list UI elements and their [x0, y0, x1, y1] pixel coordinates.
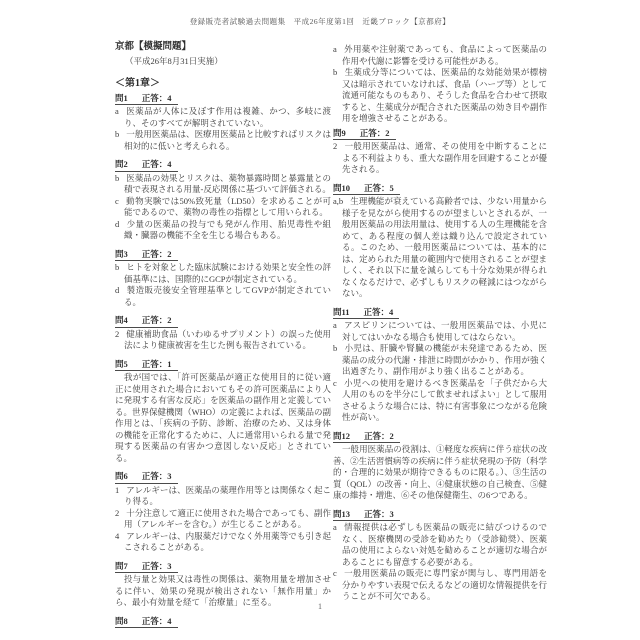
answer-item: b小児は、肝臓や腎臓の機能が未発達であるため、医薬品の成分の代謝・排泄に時間がか…: [333, 343, 547, 378]
right-column: a外用薬や注射薬であっても、食品によって医薬品の作用や代謝に影響を受ける可能性が…: [333, 44, 547, 603]
item-text: アスピリンについては、一般用医薬品では、小児に対してはいかなる場合も使用してはな…: [342, 320, 547, 342]
question-number: 問11: [333, 307, 350, 317]
item-marker: c: [333, 378, 337, 388]
item-marker: b: [333, 67, 337, 77]
region-title: 京都【模擬問題】: [115, 42, 331, 54]
item-marker: 2: [115, 329, 119, 339]
question-header: 問5正答：1: [115, 359, 178, 372]
exam-date: （平成26年8月31日実施）: [115, 56, 331, 68]
question-answer: 正答：4: [142, 93, 172, 103]
item-text: 情報提供は必ずしも医薬品の販売に結びつけるのでなく、医療機関の受診を勧めたり（受…: [342, 522, 547, 567]
question-answer: 正答：2: [142, 249, 172, 259]
item-text: 小児は、肝臓や腎臓の機能が未発達であるため、医薬品の成分の代謝・排泄に時間がかか…: [342, 343, 547, 376]
answer-item: d少量の医薬品の投与でも発がん作用、胎児毒性や組織・臓器の機能不全を生じる場合も…: [115, 219, 331, 242]
question-answer: 正答：1: [142, 359, 172, 369]
answer-item: a情報提供は必ずしも医薬品の販売に結びつけるのでなく、医療機関の受診を勧めたり（…: [333, 522, 547, 568]
question-answer: 正答：4: [142, 616, 172, 626]
item-marker: a: [333, 320, 337, 330]
item-text: 生理機能が衰えている高齢者では、少ない用量から様子を見ながら使用するのが望ましい…: [342, 196, 547, 298]
question-header: 問12正答：2: [333, 431, 400, 444]
left-column: 京都【模擬問題】 （平成26年8月31日実施） ＜第1章＞ 問1正答：4a医薬品…: [115, 42, 331, 629]
question-number: 問3: [115, 249, 128, 259]
item-text: アレルギーは、内服薬だけでなく外用薬等でも引き起こされることがある。: [124, 531, 331, 553]
question-block: 問11正答：4aアスピリンについては、一般用医薬品では、小児に対してはいかなる場…: [333, 307, 547, 424]
question-block: 問5正答：1我が国では、「許可医薬品が適正な使用目的に従い適正に使用された場合に…: [115, 359, 331, 465]
document-page: 登録販売者試験過去問題集 平成26年度第1回 近畿ブロック【京都府】 京都【模擬…: [0, 0, 640, 640]
question-number: 問5: [115, 359, 128, 369]
page-header: 登録販売者試験過去問題集 平成26年度第1回 近畿ブロック【京都府】: [0, 16, 640, 27]
answer-item: b生薬成分等については、医薬品的な効能効果が標榜又は暗示されていなければ、食品（…: [333, 67, 547, 125]
item-marker: b: [333, 343, 337, 353]
question-header: 問6正答：3: [115, 471, 178, 484]
question-block: 問2正答：4b医薬品の効果とリスクは、薬物暴露時間と暴露量との積で表現される用量…: [115, 159, 331, 242]
question-8-continuation: a外用薬や注射薬であっても、食品によって医薬品の作用や代謝に影響を受ける可能性が…: [333, 44, 547, 125]
item-text: 動物実験では50%致死量（LD50）を求めることが可能であるので、薬物の毒性の指…: [124, 196, 331, 218]
question-answer: 正答：3: [142, 561, 172, 571]
question-number: 問1: [115, 93, 128, 103]
item-text: 少量の医薬品の投与でも発がん作用、胎児毒性や組織・臓器の機能不全を生じる場合もあ…: [124, 219, 331, 241]
question-number: 問4: [115, 315, 128, 325]
answer-item: 1アレルギーは、医薬品の薬理作用等とは関係なく起こり得る。: [115, 485, 331, 508]
question-number: 問6: [115, 471, 128, 481]
answer-item: b一般用医薬品は、医療用医薬品と比較すればリスクは相対的に低いと考えられる。: [115, 129, 331, 152]
answer-item: a外用薬や注射薬であっても、食品によって医薬品の作用や代謝に影響を受ける可能性が…: [333, 44, 547, 67]
left-questions: 問1正答：4a医薬品が人体に及ぼす作用は複雑、かつ、多岐に渡り、そのすべてが解明…: [115, 93, 331, 630]
item-marker: 2: [115, 508, 119, 518]
question-block: 問10正答：5a,b生理機能が衰えている高齢者では、少ない用量から様子を見ながら…: [333, 183, 547, 300]
question-answer: 正答：2: [142, 315, 172, 325]
answer-item: 2十分注意して適正に使用された場合であっても、副作用（アレルギーを含む。）が生じ…: [115, 508, 331, 531]
item-text: 外用薬や注射薬であっても、食品によって医薬品の作用や代謝に影響を受ける可能性があ…: [342, 44, 547, 66]
item-text: 一般用医薬品は、医療用医薬品と比較すればリスクは相対的に低いと考えられる。: [124, 129, 331, 151]
item-marker: b: [115, 173, 119, 183]
answer-item: bヒトを対象とした臨床試験における効果と安全性の評価基準には、国際的にGCPが制…: [115, 262, 331, 285]
question-answer: 正答：3: [142, 471, 172, 481]
question-number: 問8: [115, 616, 128, 626]
question-block: 問1正答：4a医薬品が人体に及ぼす作用は複雑、かつ、多岐に渡り、そのすべてが解明…: [115, 93, 331, 153]
item-text: 医薬品が人体に及ぼす作用は複雑、かつ、多岐に渡り、そのすべてが解明されていない。: [124, 106, 331, 128]
item-marker: c: [115, 196, 119, 206]
answer-item: 2一般用医薬品は、通常、その使用を中断することによる不利益よりも、重大な副作用を…: [333, 141, 547, 176]
question-header: 問11正答：4: [333, 307, 399, 320]
question-number: 問7: [115, 561, 128, 571]
question-answer: 正答：4: [142, 159, 172, 169]
answer-item: c動物実験では50%致死量（LD50）を求めることが可能であるので、薬物の毒性の…: [115, 196, 331, 219]
item-marker: 2: [333, 141, 337, 151]
item-marker: a: [115, 106, 119, 116]
page-number: 1: [0, 602, 640, 611]
question-answer: 正答：2: [364, 431, 394, 441]
question-header: 問3正答：2: [115, 249, 178, 262]
item-text: 生薬成分等については、医薬品的な効能効果が標榜又は暗示されていなければ、食品（ハ…: [342, 67, 547, 123]
question-header: 問4正答：2: [115, 315, 178, 328]
answer-item: c小児への使用を避けるべき医薬品を「子供だから大人用のものを半分にして飲ませれば…: [333, 378, 547, 424]
answer-item: a医薬品が人体に及ぼす作用は複雑、かつ、多岐に渡り、そのすべてが解明されていない…: [115, 106, 331, 129]
question-block: 問9正答：22一般用医薬品は、通常、その使用を中断することによる不利益よりも、重…: [333, 128, 547, 176]
item-marker: b: [115, 129, 119, 139]
question-block: 問4正答：22健康補助食品（いわゆるサプリメント）の誤った使用法により健康被害を…: [115, 315, 331, 352]
question-header: 問1正答：4: [115, 93, 178, 106]
answer-paragraph: 一般用医薬品の役割は、①軽度な疾病に伴う症状の改善、②生活習慣病等の疾病に伴う症…: [333, 444, 547, 502]
question-answer: 正答：5: [364, 183, 394, 193]
question-header: 問2正答：4: [115, 159, 178, 172]
question-header: 問8正答：4: [115, 616, 178, 629]
question-answer: 正答：2: [360, 128, 390, 138]
answer-item: d製造販売後安全管理基準としてGVPが制定されている。: [115, 285, 331, 308]
item-text: アレルギーは、医薬品の薬理作用等とは関係なく起こり得る。: [124, 485, 331, 507]
item-marker: c: [333, 568, 337, 578]
item-text: 十分注意して適正に使用された場合であっても、副作用（アレルギーを含む。）が生じる…: [124, 508, 331, 530]
question-number: 問2: [115, 159, 128, 169]
item-text: ヒトを対象とした臨床試験における効果と安全性の評価基準には、国際的にGCPが制定…: [124, 262, 331, 284]
answer-item: 2健康補助食品（いわゆるサプリメント）の誤った使用法により健康被害を生じた例も報…: [115, 329, 331, 352]
question-block: 問12正答：2一般用医薬品の役割は、①軽度な疾病に伴う症状の改善、②生活習慣病等…: [333, 431, 547, 502]
item-marker: a,b: [333, 196, 343, 206]
item-marker: 1: [115, 485, 119, 495]
question-answer: 正答：4: [364, 307, 394, 317]
answer-paragraph: 我が国では、「許可医薬品が適正な使用目的に従い適正に使用された場合においてもその…: [115, 372, 331, 464]
item-text: 一般用医薬品は、通常、その使用を中断することによる不利益よりも、重大な副作用を回…: [342, 141, 547, 174]
answer-item: c一般用医薬品の販売に専門家が関与し、専門用語を分かりやすい表現で伝えるなどの適…: [333, 568, 547, 603]
item-text: 小児への使用を避けるべき医薬品を「子供だから大人用のものを半分にして飲ませればよ…: [342, 378, 547, 423]
answer-item: aアスピリンについては、一般用医薬品では、小児に対してはいかなる場合も使用しては…: [333, 320, 547, 343]
question-block: 問6正答：31アレルギーは、医薬品の薬理作用等とは関係なく起こり得る。2十分注意…: [115, 471, 331, 554]
chapter-title: ＜第1章＞: [115, 78, 331, 90]
question-number: 問10: [333, 183, 350, 193]
item-text: 一般用医薬品の販売に専門家が関与し、専門用語を分かりやすい表現で伝えるなどの適切…: [342, 568, 547, 601]
item-marker: 4: [115, 531, 119, 541]
item-text: 健康補助食品（いわゆるサプリメント）の誤った使用法により健康被害を生じた例も報告…: [124, 329, 331, 351]
answer-item: a,b生理機能が衰えている高齢者では、少ない用量から様子を見ながら使用するのが望…: [333, 196, 547, 300]
question-header: 問7正答：3: [115, 561, 178, 574]
question-header: 問9正答：2: [333, 128, 396, 141]
item-marker: b: [115, 262, 119, 272]
question-block: 問8正答：4: [115, 616, 331, 630]
answer-item: b医薬品の効果とリスクは、薬物暴露時間と暴露量との積で表現される用量-反応関係に…: [115, 173, 331, 196]
question-header: 問13正答：3: [333, 509, 400, 522]
item-marker: a: [333, 44, 337, 54]
question-number: 問9: [333, 128, 346, 138]
answer-item: 4アレルギーは、内服薬だけでなく外用薬等でも引き起こされることがある。: [115, 531, 331, 554]
item-marker: d: [115, 219, 119, 229]
question-number: 問12: [333, 431, 350, 441]
item-marker: a: [333, 522, 337, 532]
item-marker: d: [115, 285, 119, 295]
question-block: 問3正答：2bヒトを対象とした臨床試験における効果と安全性の評価基準には、国際的…: [115, 249, 331, 309]
question-answer: 正答：3: [364, 509, 394, 519]
question-number: 問13: [333, 509, 350, 519]
question-block: 問13正答：3a情報提供は必ずしも医薬品の販売に結びつけるのでなく、医療機関の受…: [333, 509, 547, 603]
right-questions: 問9正答：22一般用医薬品は、通常、その使用を中断することによる不利益よりも、重…: [333, 128, 547, 603]
item-text: 製造販売後安全管理基準としてGVPが制定されている。: [124, 285, 331, 307]
question-header: 問10正答：5: [333, 183, 400, 196]
item-text: 医薬品の効果とリスクは、薬物暴露時間と暴露量との積で表現される用量-反応関係に基…: [124, 173, 331, 195]
